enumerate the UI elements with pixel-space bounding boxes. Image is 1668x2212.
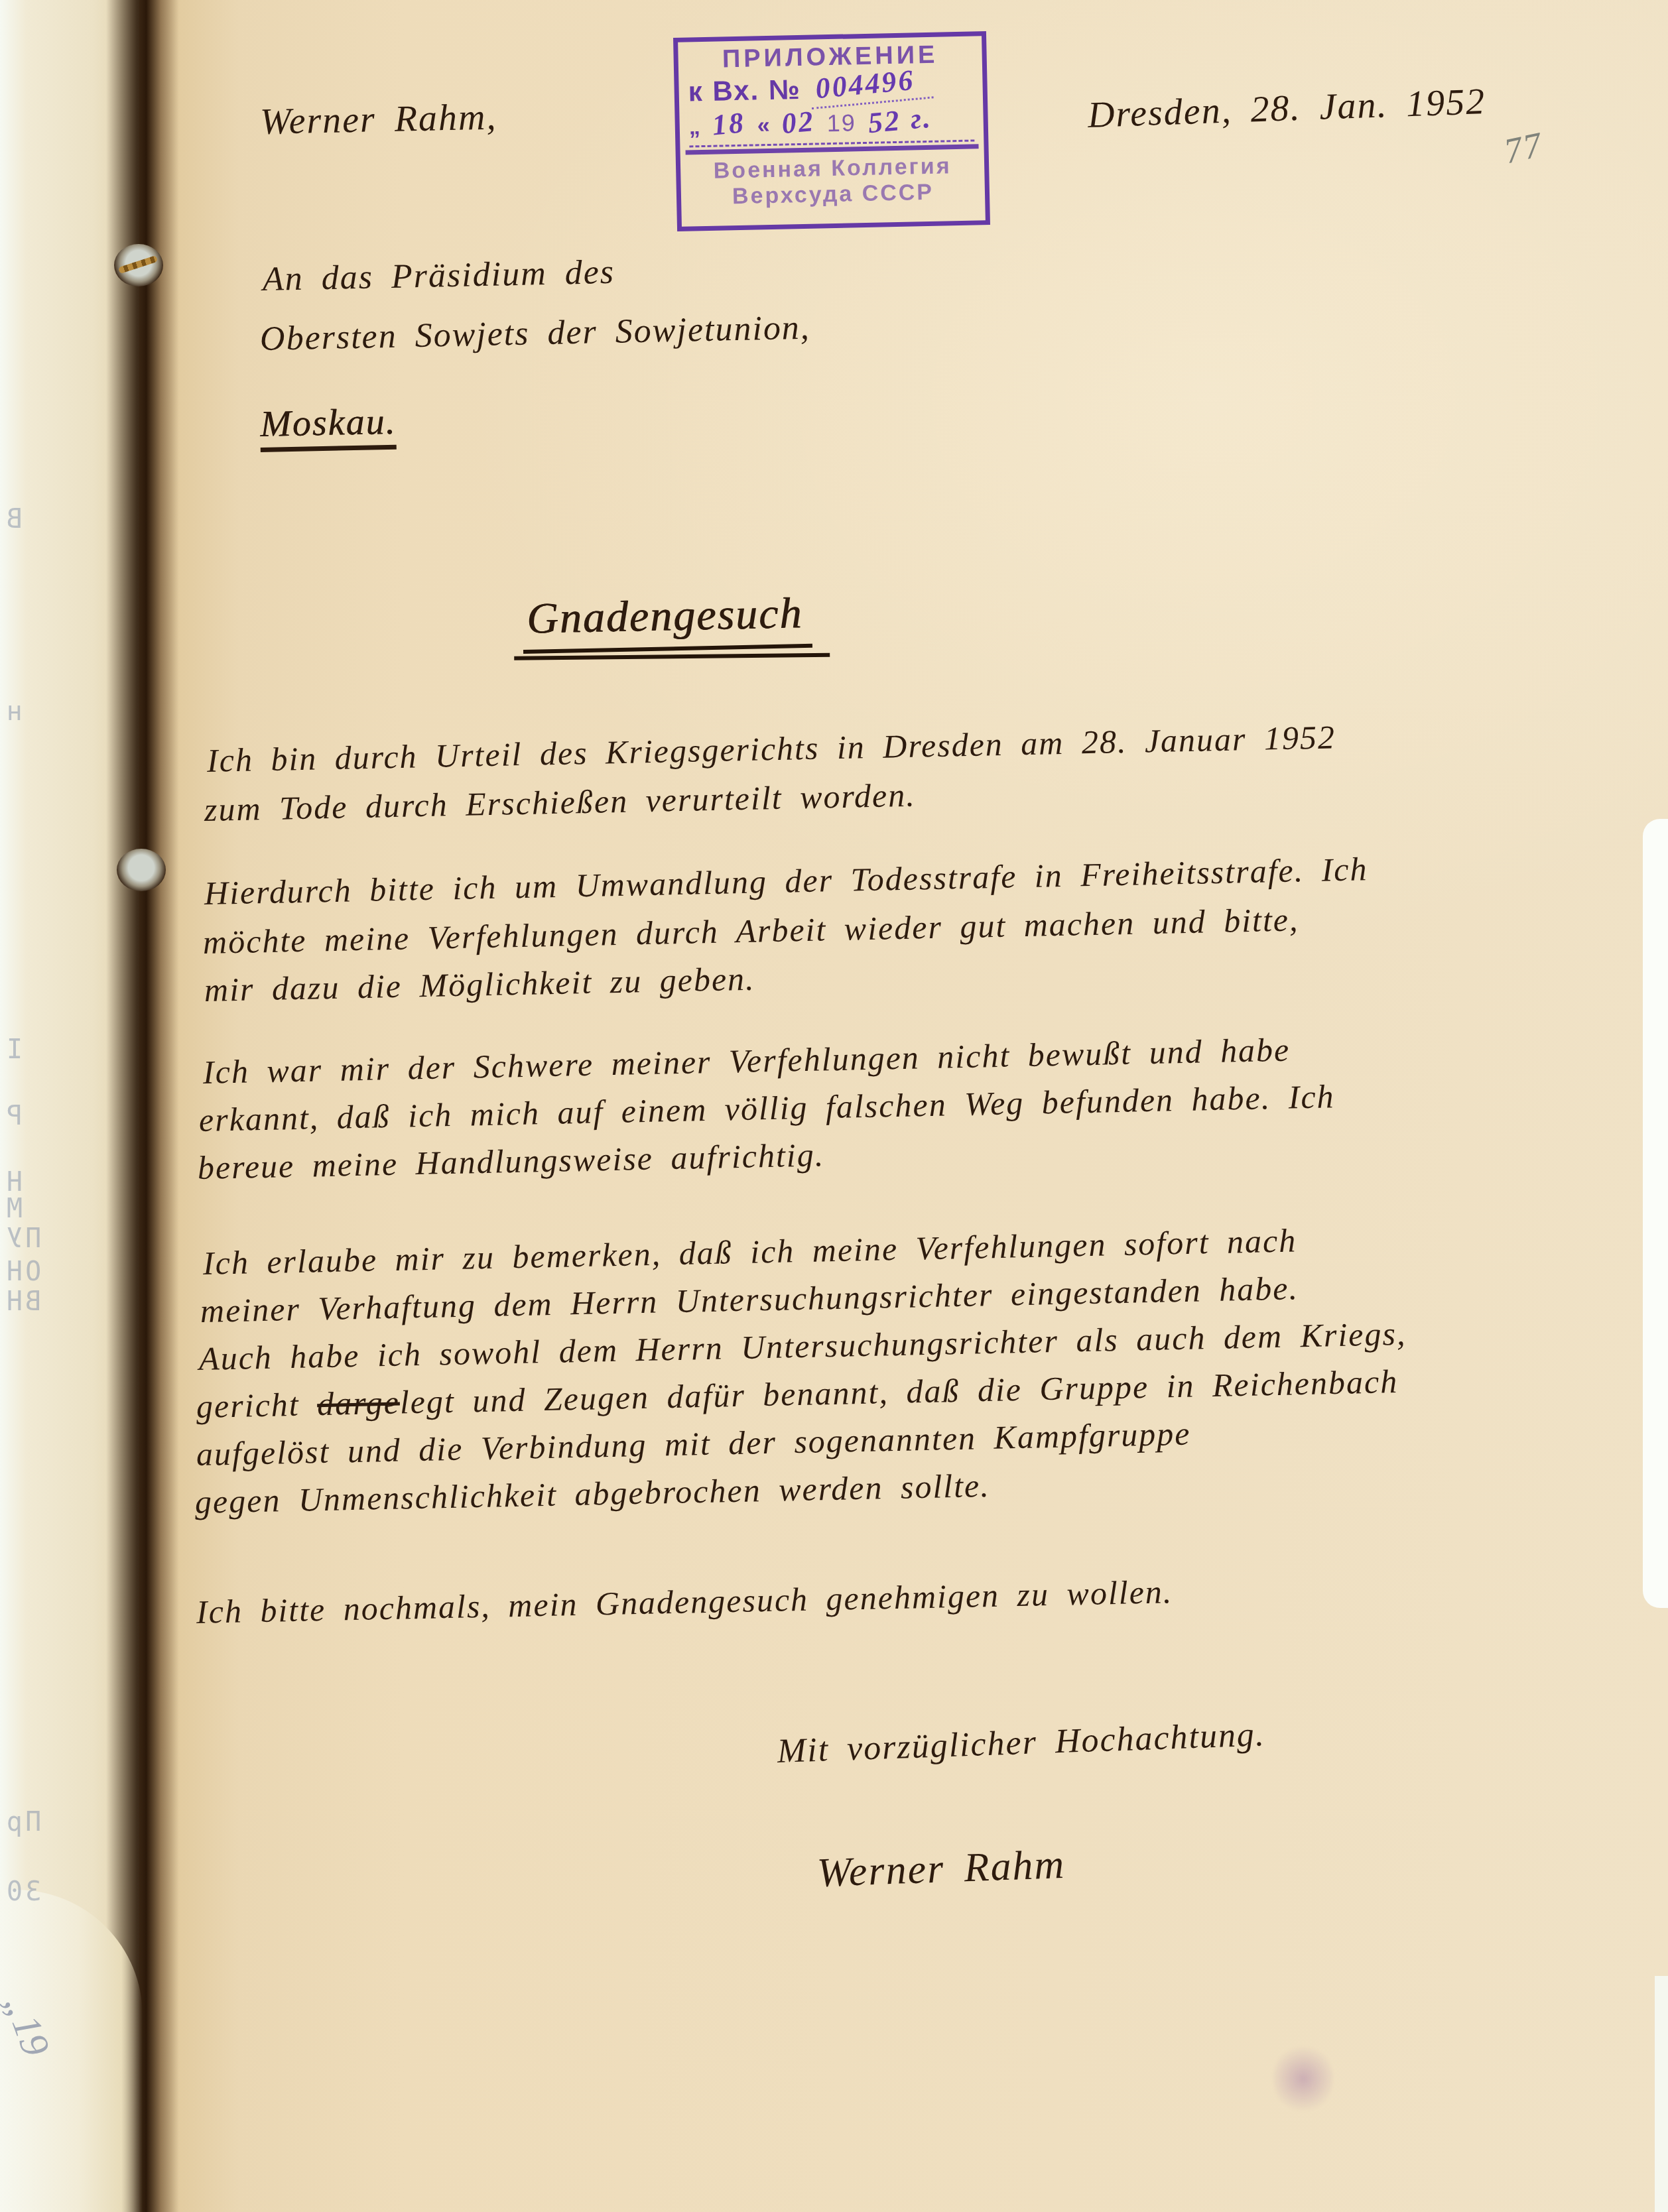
- margin-typed-fragment: ОН: [4, 1257, 41, 1287]
- signature: Werner Rahm: [816, 1841, 1066, 1897]
- stamp-day: 18: [711, 105, 747, 142]
- margin-typed-fragment: Пр: [4, 1807, 41, 1837]
- right-page-edge-lower: [1655, 1976, 1668, 2212]
- recipient-line-1: An das Präsidium des: [262, 253, 615, 299]
- fold-shadow: [106, 0, 179, 2212]
- binding-thread: [118, 255, 158, 274]
- stamp-incoming-label: к Вх. №: [688, 74, 801, 108]
- margin-typed-fragment: В: [4, 504, 23, 534]
- right-page-edge: [1643, 819, 1668, 1608]
- stamp-year-printed: 19: [826, 109, 856, 137]
- margin-typed-fragment: М: [4, 1194, 23, 1224]
- margin-typed-fragment: н: [4, 696, 23, 727]
- page-number: 77: [1500, 124, 1547, 172]
- margin-typed-fragment: Р: [4, 1101, 23, 1131]
- margin-typed-fragment: ВН: [4, 1286, 41, 1317]
- corrected-line-pre: gericht: [196, 1385, 317, 1425]
- stamp-year-written: 52 г.: [867, 101, 934, 141]
- recipient-city-text: Moskau.: [259, 401, 397, 452]
- registry-stamp: ПРИЛОЖЕНИЕ к Вх. № 004496 „ 18 « 02 19 5…: [673, 31, 990, 231]
- stamp-mid-quote: «: [757, 113, 770, 139]
- margin-typed-fragment: 30: [4, 1876, 41, 1907]
- struck-word: darge: [317, 1384, 401, 1423]
- letter-title: Gnadengesuch: [522, 589, 812, 654]
- ink-smudge: [1273, 2042, 1333, 2115]
- recipient-city: Moskau.: [259, 400, 397, 446]
- stamp-month: 02: [780, 104, 816, 141]
- stamp-org-line2: Верхсуда СССР: [690, 178, 976, 210]
- letter-title-wrap: Gnadengesuch: [522, 588, 812, 645]
- binding-hole-bottom: [117, 849, 166, 891]
- scanned-letter-page: ВнІРНМПУОНВНПр30 „19 Werner Rahm, Dresde…: [0, 0, 1668, 2212]
- sender-name: Werner Rahm,: [259, 96, 497, 143]
- stamp-date-row: „ 18 « 02 19 52 г.: [688, 102, 974, 148]
- margin-typed-fragment: І: [4, 1034, 23, 1065]
- margin-typed-fragment: ПУ: [4, 1223, 41, 1254]
- stamp-open-quote: „: [688, 114, 700, 140]
- binding-hole-top: [114, 244, 163, 286]
